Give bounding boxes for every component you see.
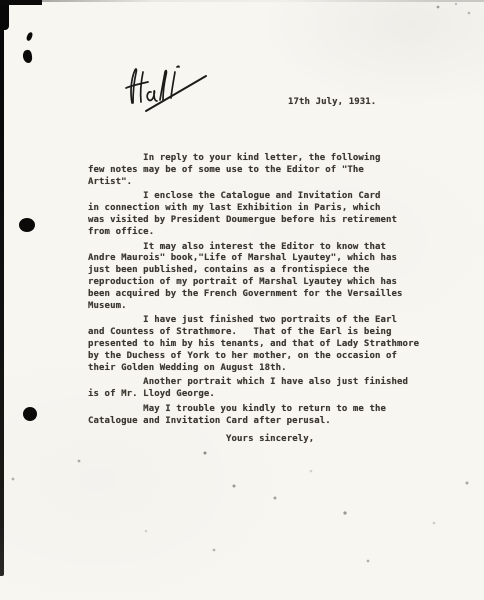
letter-paragraph: In reply to your kind letter, the follow… [88,153,460,188]
ink-blob-small [26,31,34,41]
letter-paragraph: Another portrait which I have also just … [88,377,460,401]
letter-paragraph: May I trouble you kindly to return to me… [88,404,460,428]
scan-streak-top [42,0,484,2]
scan-edge-left [0,0,4,576]
ink-blob-large [22,49,33,63]
letter-date: 17th July, 1931. [288,97,376,107]
letter-closing: Yours sincerely, [226,434,460,446]
letter-paragraph: I enclose the Catalogue and Invitation C… [88,191,460,238]
scan-edge-top [0,0,42,5]
scanned-letter-page: 17th July, 1931. In reply to your kind l… [0,0,484,600]
handwritten-initials [118,58,230,116]
punch-hole-mark-top [19,218,35,232]
letter-paragraph: I have just finished two portraits of th… [88,315,460,374]
letter-body: In reply to your kind letter, the follow… [88,153,460,445]
letter-paragraph: It may also interest the Editor to know … [88,242,460,313]
punch-hole-mark-bottom [23,407,37,421]
scan-specks [0,0,2,2]
